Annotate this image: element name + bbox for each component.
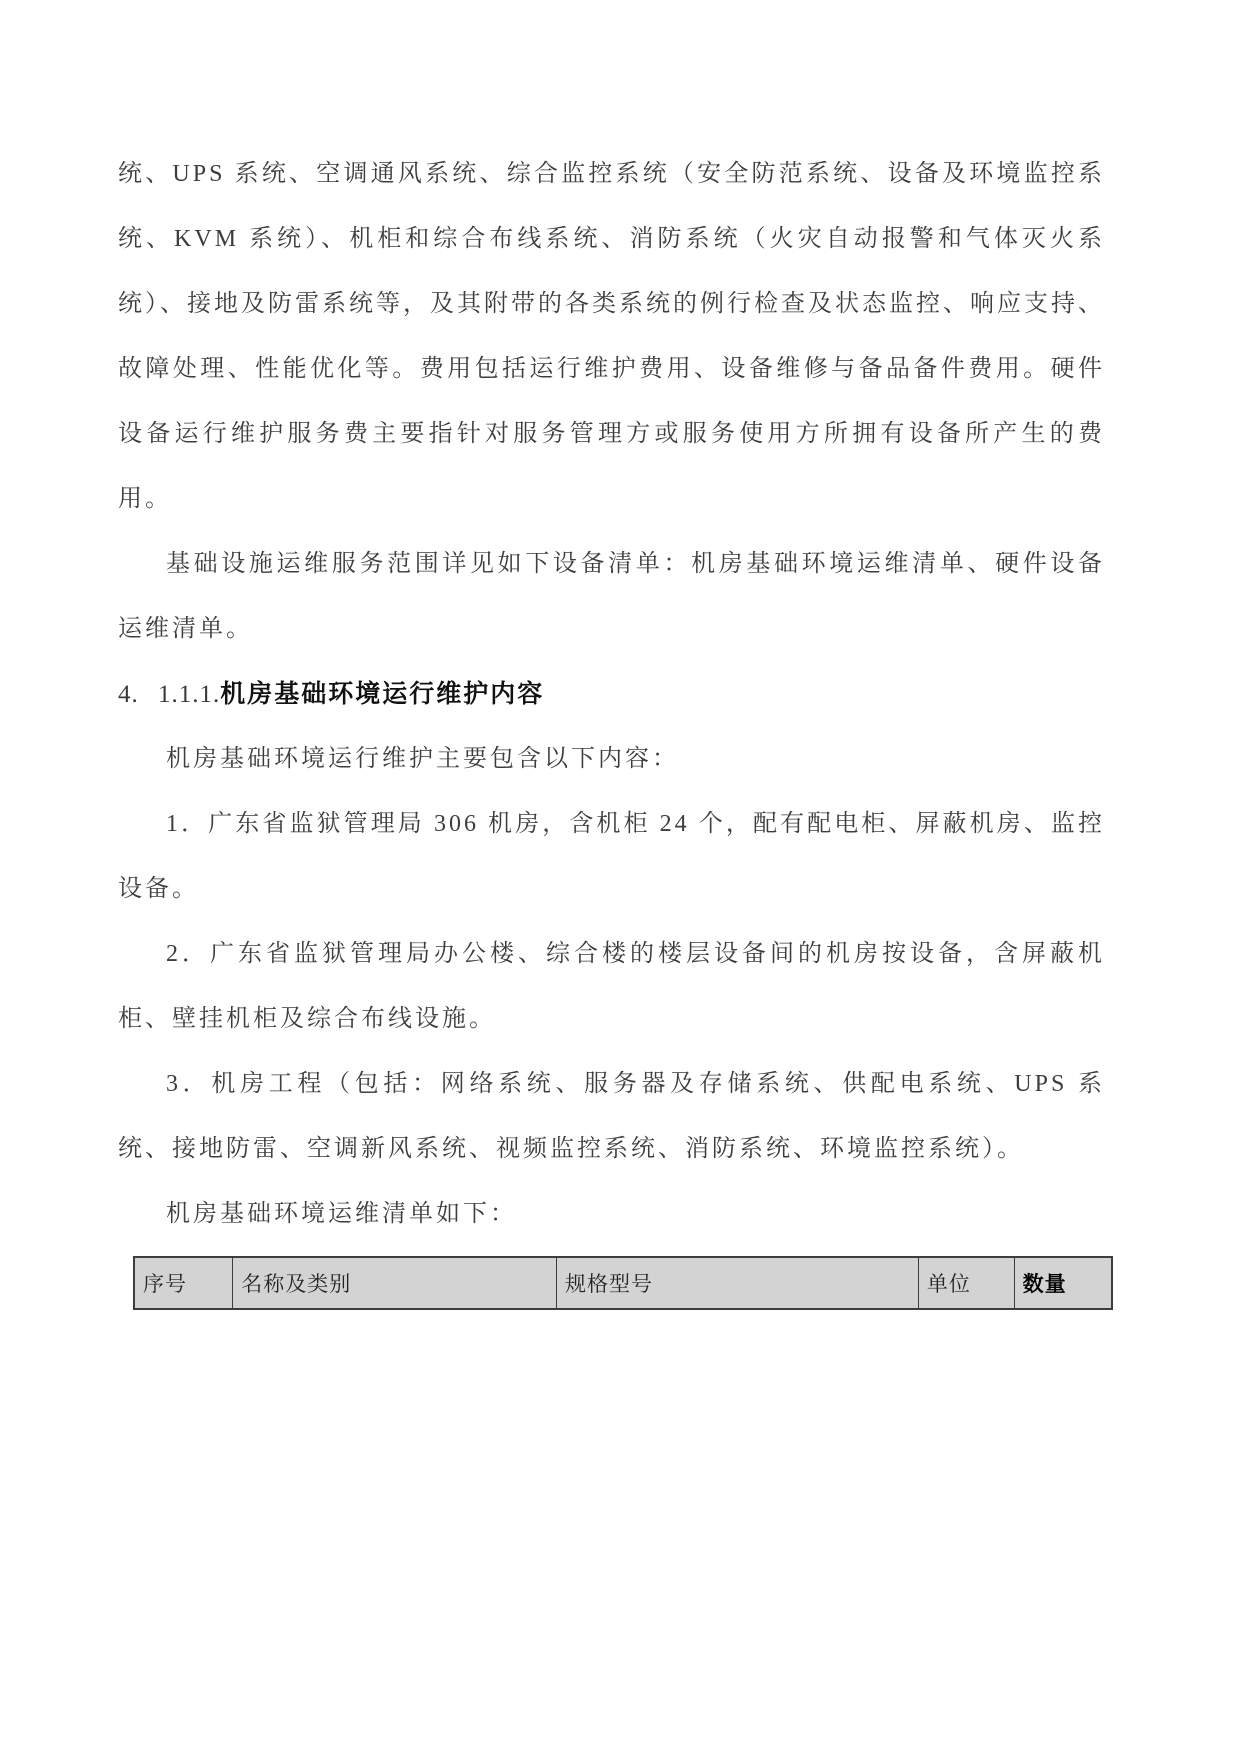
paragraph-item-3: 3．机房工程（包括：网络系统、服务器及存储系统、供配电系统、UPS 系统、接地防… [118, 1052, 1105, 1182]
document-page: 统、UPS 系统、空调通风系统、综合监控系统（安全防范系统、设备及环境监控系统、… [0, 0, 1239, 1754]
table-header-serial-number: 序号 [134, 1257, 233, 1309]
paragraph-item-1: 1．广东省监狱管理局 306 机房，含机柜 24 个，配有配电柜、屏蔽机房、监控… [118, 792, 1105, 922]
paragraph-table-intro: 机房基础环境运维清单如下： [118, 1182, 1105, 1247]
paragraph-content-intro: 机房基础环境运行维护主要包含以下内容： [118, 727, 1105, 792]
equipment-list-table: 序号 名称及类别 规格型号 单位 数量 [133, 1256, 1113, 1310]
section-heading-number: 4. 1.1.1. [118, 681, 220, 708]
document-body: 统、UPS 系统、空调通风系统、综合监控系统（安全防范系统、设备及环境监控系统、… [118, 142, 1105, 1247]
table-header-spec-model: 规格型号 [556, 1257, 918, 1309]
paragraph-item-2: 2．广东省监狱管理局办公楼、综合楼的楼层设备间的机房按设备，含屏蔽机柜、壁挂机柜… [118, 922, 1105, 1052]
section-heading-title: 机房基础环境运行维护内容 [220, 681, 544, 708]
section-heading: 4. 1.1.1.机房基础环境运行维护内容 [118, 662, 1105, 727]
paragraph-service-scope-lists: 基础设施运维服务范围详见如下设备清单：机房基础环境运维清单、硬件设备运维清单。 [118, 532, 1105, 662]
table-header-unit: 单位 [918, 1257, 1014, 1309]
table-header-name-category: 名称及类别 [233, 1257, 557, 1309]
paragraph-maintenance-scope: 统、UPS 系统、空调通风系统、综合监控系统（安全防范系统、设备及环境监控系统、… [118, 142, 1105, 532]
table-header-row: 序号 名称及类别 规格型号 单位 数量 [134, 1257, 1112, 1309]
table-header-quantity: 数量 [1014, 1257, 1112, 1309]
